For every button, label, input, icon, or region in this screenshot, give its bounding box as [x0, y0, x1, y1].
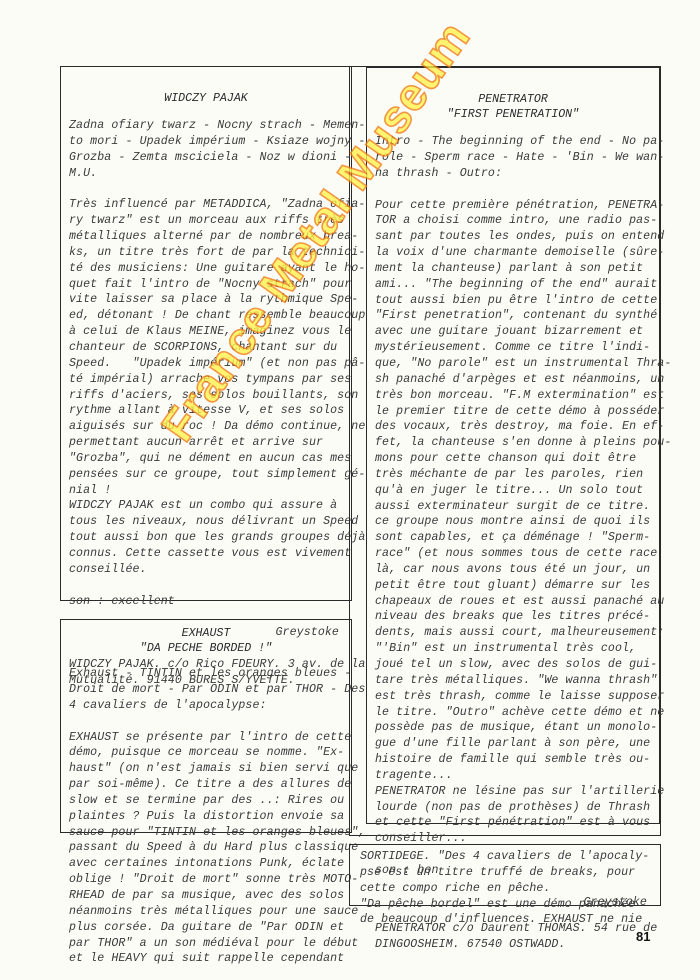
review-subtitle: "FIRST PENETRATION": [375, 107, 651, 122]
tracklist: Exhaust - TINTIN et les oranges bleues -…: [69, 666, 343, 714]
review-body: Très influencé par METADDICA, "Zadna ofi…: [69, 197, 343, 577]
review-body-continued: SORTIDEGE. "Des 4 cavaliers de l'apocaly…: [360, 849, 652, 928]
review-body: EXHAUST se présente par l'intro de cette…: [69, 730, 343, 968]
review-title: EXHAUST: [69, 626, 343, 641]
review-exhaust-continued: SORTIDEGE. "Des 4 cavaliers de l'apocaly…: [349, 844, 661, 906]
review-exhaust: EXHAUST "DA PECHE BORDED !" Exhaust - TI…: [60, 619, 352, 833]
review-subtitle: "DA PECHE BORDED !": [69, 641, 343, 656]
review-body: Pour cette première pénétration, PENETRA…: [375, 198, 651, 848]
review-title: WIDCZY PAJAK: [69, 91, 343, 106]
page-number: 81: [636, 929, 650, 944]
review-title: PENETRATOR: [375, 92, 651, 107]
review-widczy-pajak: WIDCZY PAJAK Zadna ofiary twarz - Nocny …: [60, 66, 352, 601]
review-penetrator: PENETRATOR "FIRST PENETRATION" Intro - T…: [366, 67, 660, 824]
tracklist: Intro - The beginning of the end - No pa…: [375, 134, 651, 182]
magazine-page: WIDCZY PAJAK Zadna ofiary twarz - Nocny …: [0, 0, 700, 980]
sound-rating: son : excellent: [69, 594, 343, 610]
tracklist: Zadna ofiary twarz - Nocny strach - Meme…: [69, 118, 343, 181]
